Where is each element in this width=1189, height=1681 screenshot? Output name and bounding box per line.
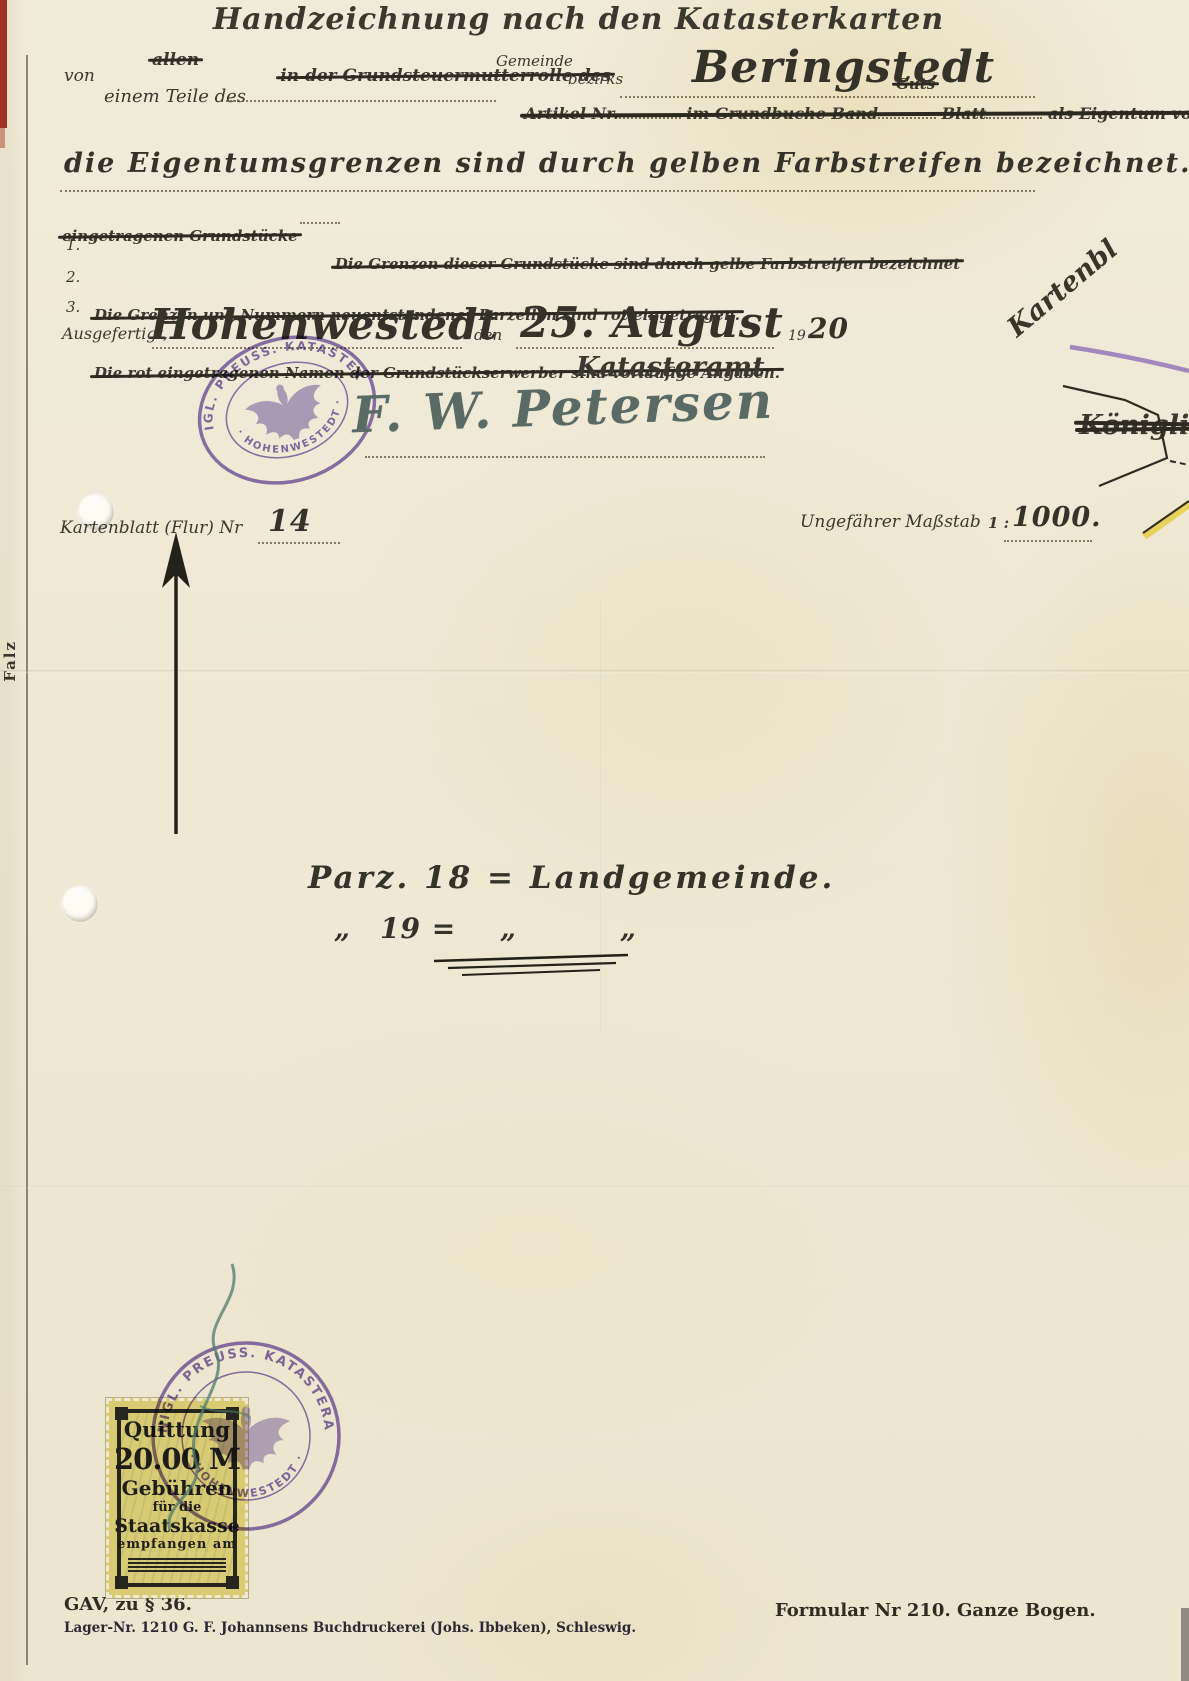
fee-stamp-ruled-lines — [128, 1558, 226, 1572]
map-fragment-label: Kartenbl — [1001, 234, 1124, 344]
flourish-underline — [432, 952, 632, 982]
dotted-line — [365, 456, 765, 458]
handwritten-year-20: 20 — [808, 312, 849, 345]
footer-formular: Formular Nr 210. Ganze Bogen. — [775, 1600, 1096, 1621]
margin-falz-label: Falz — [1, 640, 19, 682]
handwritten-date: 25. August — [520, 298, 784, 347]
label-gemeinde: Gemeinde — [496, 52, 573, 70]
dotted-line — [516, 347, 774, 349]
map-parcel-boundary-dashed — [1170, 461, 1189, 465]
scan-edge-red-fade — [0, 128, 5, 148]
handwritten-parz-line2: „ 19 = „ „ — [330, 912, 660, 952]
handwritten-parz-19: 19 = — [380, 912, 456, 945]
fold-line-vertical — [26, 55, 28, 1665]
handwritten-flur-nr-14: 14 — [268, 504, 312, 539]
dotted-line — [60, 190, 1035, 192]
struck-artikel-nr: Artikel Nr. — [524, 104, 618, 123]
footer-printer-line: Lager-Nr. 1210 G. F. Johannsens Buchdruc… — [64, 1620, 636, 1636]
map-purple-boundary-line — [1070, 347, 1189, 371]
dotted-line — [620, 96, 1035, 98]
struck-grundbuch-band: im Grundbuche Band — [686, 104, 878, 123]
scanned-document: Falz Handzeichnung nach den Katasterkart… — [0, 0, 1189, 1681]
map-fragment: Kartenbl — [949, 228, 1189, 548]
struck-eigentum-von: als Eigentum von — [1048, 104, 1189, 123]
list-item-2-number: 2. — [66, 268, 80, 286]
label-den: den — [474, 326, 502, 344]
label-von: von — [64, 66, 95, 86]
page-title: Handzeichnung nach den Katasterkarten — [0, 2, 1189, 37]
handwritten-eigentumsgrenzen-note: die Eigentumsgrenzen sind durch gelben F… — [64, 148, 1189, 179]
map-parcel-boundary — [1063, 386, 1167, 486]
handwritten-bezirk-beringstedt: Beringstedt — [692, 42, 995, 93]
dotted-line — [226, 100, 496, 102]
dotted-line — [300, 222, 340, 224]
map-yellow-highlight-line — [1144, 504, 1189, 536]
ditto-mark: „ — [500, 912, 517, 945]
scan-edge-gray-strip — [1181, 1608, 1189, 1681]
crease-horizontal-2 — [0, 1186, 1189, 1188]
struck-eingetragenen-grundstuecke: eingetragenen Grundstücke — [62, 227, 298, 245]
struck-list-item-1: Die Grenzen dieser Grundstücke sind durc… — [335, 255, 960, 273]
north-arrow — [152, 528, 200, 840]
ditto-mark: „ — [620, 912, 637, 945]
label-einem-teile-des: einem Teile des — [104, 86, 246, 107]
green-ink-scribble — [140, 1256, 270, 1556]
hole-punch-middle — [62, 886, 98, 922]
struck-blatt: Blatt — [942, 104, 987, 123]
list-item-1-number: 1. — [66, 236, 80, 254]
struck-allen: allen — [152, 50, 199, 70]
dotted-line — [258, 542, 340, 544]
struck-artikel-grundbuch-line: Artikel Nr. im Grundbuche Band Blatt als… — [524, 104, 1189, 123]
map-yellow-line-black-edge — [1143, 501, 1189, 533]
label-bezirks: bezirks — [568, 70, 623, 88]
list-item-3-number: 3. — [66, 298, 80, 316]
ditto-mark: „ — [334, 912, 351, 945]
label-year-19: 19 — [788, 328, 806, 344]
handwritten-parz-line1: Parz. 18 = Landgemeinde. — [308, 860, 835, 896]
